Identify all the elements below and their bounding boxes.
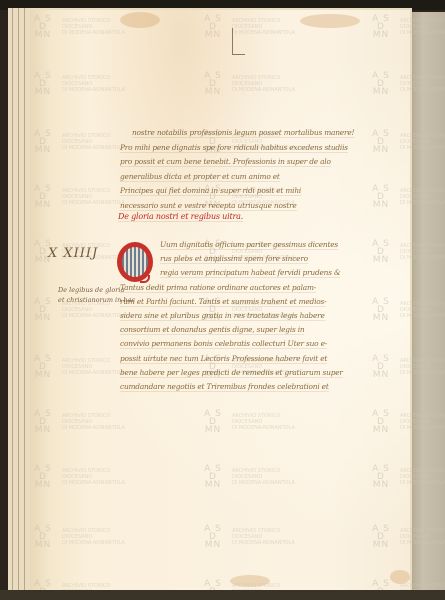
watermark-stamp: A SDMNARCHIVIO STORICODIOCESANODI MODENA… [366, 298, 445, 322]
manuscript-line: generalibus dicta et propter et cum anim… [120, 172, 280, 182]
archive-logo-icon: A SDMN [366, 130, 396, 154]
watermark-text: ARCHIVIO STORICODIOCESANODI MODENA-NONAN… [62, 468, 125, 486]
archive-logo-icon: A SDMN [366, 185, 396, 209]
water-stain [120, 12, 160, 28]
watermark-text: ARCHIVIO STORICODIOCESANODI MODENA-NONAN… [400, 243, 445, 261]
watermark-text: ARCHIVIO STORICODIOCESANODI MODENA-NONAN… [400, 413, 445, 431]
watermark-stamp: A SDMNARCHIVIO STORICODIOCESANODI MODENA… [366, 72, 445, 96]
archive-logo-icon: A SDMN [28, 525, 58, 549]
watermark-text: ARCHIVIO STORICODIOCESANODI MODENA-NONAN… [400, 301, 445, 319]
watermark-stamp: A SDMNARCHIVIO STORICODIOCESANODI MODENA… [366, 240, 445, 264]
watermark-stamp: A SDMNARCHIVIO STORICODIOCESANODI MODENA… [198, 465, 295, 489]
archive-logo-icon: A SDMN [28, 185, 58, 209]
manuscript-line: Tantus dedit prima ratione ordinare auct… [120, 283, 316, 293]
archive-logo-icon: A SDMN [28, 15, 58, 39]
watermark-stamp: A SDMNARCHIVIO STORICODIOCESANODI MODENA… [366, 525, 445, 549]
watermark-text: ARCHIVIO STORICODIOCESANODI MODENA-NONAN… [62, 18, 125, 36]
leaf-edge-line [12, 8, 13, 592]
margin-note: et christianorum in hac [58, 296, 135, 304]
archive-logo-icon: A SDMN [366, 240, 396, 264]
archive-logo-icon: A SDMN [366, 15, 396, 39]
archive-logo-icon: A SDMN [366, 410, 396, 434]
watermark-stamp: A SDMNARCHIVIO STORICODIOCESANODI MODENA… [366, 185, 445, 209]
watermark-stamp: A SDMNARCHIVIO STORICODIOCESANODI MODENA… [28, 130, 125, 154]
leaf-edge-line [18, 8, 19, 592]
archive-logo-icon: A SDMN [28, 465, 58, 489]
manuscript-line: possit uirtute nec tum Lectoris Professi… [120, 354, 327, 364]
watermark-text: ARCHIVIO STORICODIOCESANODI MODENA-NONAN… [62, 75, 125, 93]
archive-logo-icon: A SDMN [366, 525, 396, 549]
watermark-stamp: A SDMNARCHIVIO STORICODIOCESANODI MODENA… [28, 465, 125, 489]
watermark-stamp: A SDMNARCHIVIO STORICODIOCESANODI MODENA… [28, 525, 125, 549]
manuscript-line: cumdandare negotiis et Triremibus fronde… [120, 382, 329, 392]
archive-logo-icon: A SDMN [28, 410, 58, 434]
leaf-edge-line [24, 8, 25, 592]
manuscript-line: bene habere per leges predicti de remedi… [120, 368, 343, 378]
archive-logo-icon: A SDMN [28, 355, 58, 379]
watermark-text: ARCHIVIO STORICODIOCESANODI MODENA-NONAN… [400, 528, 445, 546]
manuscript-line: rum et Parthi faciunt. Tantis et summis … [120, 297, 326, 307]
watermark-stamp: A SDMNARCHIVIO STORICODIOCESANODI MODENA… [366, 130, 445, 154]
water-stain [300, 14, 360, 28]
watermark-stamp: A SDMNARCHIVIO STORICODIOCESANODI MODENA… [366, 410, 445, 434]
watermark-text: ARCHIVIO STORICODIOCESANODI MODENA-NONAN… [62, 413, 125, 431]
manuscript-line: Uum dignitatis officium pariter gessimus… [160, 240, 338, 250]
manuscript-scan: A SDMNARCHIVIO STORICODIOCESANODI MODENA… [0, 0, 445, 600]
watermark-stamp: A SDMNARCHIVIO STORICODIOCESANODI MODENA… [28, 15, 125, 39]
margin-chapter-number: X XIIIJ [48, 246, 98, 261]
watermark-stamp: A SDMNARCHIVIO STORICODIOCESANODI MODENA… [366, 355, 445, 379]
manuscript-line: sidera sine et pluribus gratia in res tr… [120, 311, 325, 321]
watermark-text: ARCHIVIO STORICODIOCESANODI MODENA-NONAN… [232, 75, 295, 93]
scanner-bottom-edge [0, 590, 445, 600]
manuscript-line: Principes qui fiet domina in super ridi … [120, 186, 301, 196]
watermark-text: ARCHIVIO STORICODIOCESANODI MODENA-NONAN… [400, 133, 445, 151]
watermark-text: ARCHIVIO STORICODIOCESANODI MODENA-NONAN… [400, 358, 445, 376]
margin-note: De legibus de gloria [58, 286, 124, 294]
archive-logo-icon: A SDMN [198, 525, 228, 549]
manuscript-line: nostre notabilis professionis legum poss… [132, 128, 354, 138]
watermark-stamp: A SDMNARCHIVIO STORICODIOCESANODI MODENA… [366, 465, 445, 489]
archive-logo-icon: A SDMN [198, 15, 228, 39]
watermark-text: ARCHIVIO STORICODIOCESANODI MODENA-NONAN… [62, 133, 125, 151]
watermark-stamp: A SDMNARCHIVIO STORICODIOCESANODI MODENA… [198, 410, 295, 434]
watermark-text: ARCHIVIO STORICODIOCESANODI MODENA-NONAN… [62, 528, 125, 546]
manuscript-line: Pro mihi pene dignatis spe fore ridiculi… [120, 143, 348, 153]
watermark-stamp: A SDMNARCHIVIO STORICODIOCESANODI MODENA… [28, 72, 125, 96]
watermark-text: ARCHIVIO STORICODIOCESANODI MODENA-NONAN… [232, 413, 295, 431]
archive-logo-icon: A SDMN [366, 72, 396, 96]
watermark-text: ARCHIVIO STORICODIOCESANODI MODENA-NONAN… [232, 468, 295, 486]
archive-logo-icon: A SDMN [28, 298, 58, 322]
watermark-stamp: A SDMNARCHIVIO STORICODIOCESANODI MODENA… [198, 15, 295, 39]
manuscript-line: pro possit et cum bene tenebit. Professi… [120, 157, 331, 167]
manuscript-line: rus plebs et amplissimi spem fore sincer… [160, 254, 308, 264]
rubric-heading: De gloria nostri et regibus uitra. [118, 212, 243, 222]
watermark-stamp: A SDMNARCHIVIO STORICODIOCESANODI MODENA… [28, 355, 125, 379]
manuscript-line: consortium et donandus gentis digne, sup… [120, 325, 304, 335]
watermark-stamp: A SDMNARCHIVIO STORICODIOCESANODI MODENA… [198, 72, 295, 96]
archive-logo-icon: A SDMN [366, 298, 396, 322]
watermark-text: ARCHIVIO STORICODIOCESANODI MODENA-NONAN… [232, 528, 295, 546]
manuscript-line: convivio permanens bonis celebratis coll… [120, 339, 327, 349]
folio-corner-mark [232, 28, 245, 55]
manuscript-line: regia veram principatum habeat fervidi p… [160, 268, 340, 278]
manuscript-line: necessario sunt e vestre recepta utriusq… [120, 201, 297, 211]
archive-logo-icon: A SDMN [366, 465, 396, 489]
watermark-text: ARCHIVIO STORICODIOCESANODI MODENA-NONAN… [400, 75, 445, 93]
watermark-text: ARCHIVIO STORICODIOCESANODI MODENA-NONAN… [400, 188, 445, 206]
archive-logo-icon: A SDMN [28, 72, 58, 96]
watermark-stamp: A SDMNARCHIVIO STORICODIOCESANODI MODENA… [28, 410, 125, 434]
archive-logo-icon: A SDMN [198, 465, 228, 489]
watermark-text: ARCHIVIO STORICODIOCESANODI MODENA-NONAN… [62, 188, 125, 206]
watermark-stamp: A SDMNARCHIVIO STORICODIOCESANODI MODENA… [366, 15, 445, 39]
watermark-text: ARCHIVIO STORICODIOCESANODI MODENA-NONAN… [400, 468, 445, 486]
watermark-stamp: A SDMNARCHIVIO STORICODIOCESANODI MODENA… [28, 185, 125, 209]
archive-logo-icon: A SDMN [198, 410, 228, 434]
watermark-text: ARCHIVIO STORICODIOCESANODI MODENA-NONAN… [62, 358, 125, 376]
archive-logo-icon: A SDMN [28, 130, 58, 154]
archive-logo-icon: A SDMN [366, 355, 396, 379]
archive-logo-icon: A SDMN [198, 72, 228, 96]
watermark-stamp: A SDMNARCHIVIO STORICODIOCESANODI MODENA… [198, 525, 295, 549]
watermark-text: ARCHIVIO STORICODIOCESANODI MODENA-NONAN… [400, 18, 445, 36]
